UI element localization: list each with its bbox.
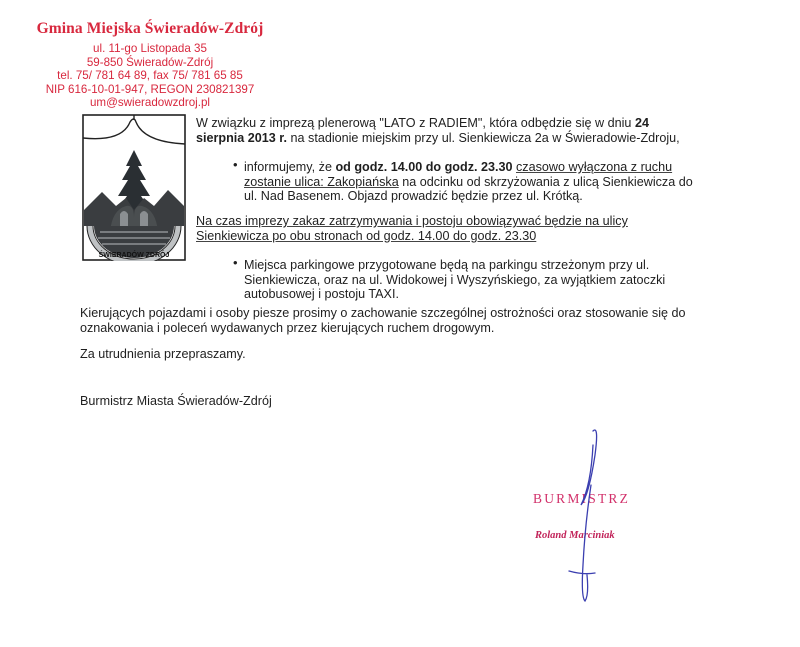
appeal-paragraph: Kierujących pojazdami i osoby piesze pro… bbox=[80, 306, 780, 335]
parking-ban-notice: Na czas imprezy zakaz zatrzymywania i po… bbox=[196, 214, 716, 243]
letterhead-title: Gmina Miejska Świeradów-Zdrój bbox=[25, 20, 275, 38]
address-street: ul. 11-go Listopada 35 bbox=[25, 42, 275, 56]
email-link[interactable]: um@swieradowzdroj.pl bbox=[25, 96, 275, 110]
bullet-icon: • bbox=[233, 255, 238, 270]
signoff-text: Burmistrz Miasta Świeradów-Zdrój bbox=[80, 394, 272, 409]
nip-regon: NIP 616-10-01-947, REGON 230821397 bbox=[25, 83, 275, 97]
phone-fax: tel. 75/ 781 64 89, fax 75/ 781 65 85 bbox=[25, 69, 275, 83]
bullet-road-closure: informujemy, że od godz. 14.00 do godz. … bbox=[244, 160, 764, 204]
handwritten-signature bbox=[555, 425, 625, 605]
coat-of-arms-logo: ŚWIERADÓW ZDRÓJ bbox=[82, 114, 186, 261]
bullet-parking: Miejsca parkingowe przygotowane będą na … bbox=[244, 258, 764, 302]
logo-ribbon-text: ŚWIERADÓW ZDRÓJ bbox=[99, 250, 170, 259]
address-city: 59-850 Świeradów-Zdrój bbox=[25, 56, 275, 70]
bullet-icon: • bbox=[233, 157, 238, 172]
intro-paragraph: W związku z imprezą plenerową "LATO z RA… bbox=[196, 116, 756, 145]
letterhead-contact: ul. 11-go Listopada 35 59-850 Świeradów-… bbox=[25, 42, 275, 110]
apology-text: Za utrudnienia przepraszamy. bbox=[80, 347, 246, 362]
